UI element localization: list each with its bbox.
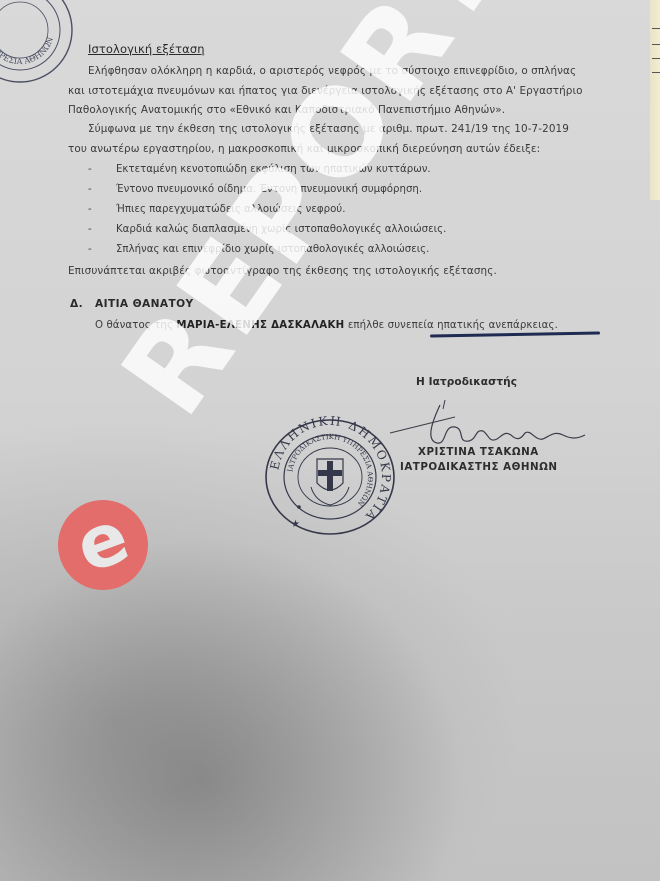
finding-item: -Σπλήνας και επινεφρίδιο χωρίς ιστοπαθολ… bbox=[88, 240, 446, 260]
finding-item: -Εκτεταμένη κενοτοπιώδη εκφύλιση των ηπα… bbox=[88, 160, 446, 180]
section-title-cause-of-death: Δ.ΑΙΤΙΑ ΘΑΝΑΤΟΥ bbox=[70, 298, 194, 310]
svg-text:★: ★ bbox=[291, 519, 300, 530]
findings-list: -Εκτεταμένη κενοτοπιώδη εκφύλιση των ηπα… bbox=[88, 160, 446, 260]
paragraph-line: Ελήφθησαν ολόκληρη η καρδιά, ο αριστερός… bbox=[68, 62, 576, 80]
svg-text:ΥΠΗΡΕΣΙΑ ΑΘΗΝΩΝ: ΥΠΗΡΕΣΙΑ ΑΘΗΝΩΝ bbox=[0, 36, 55, 66]
finding-item: -Καρδιά καλώς διαπλασμένη χωρίς ιστοπαθο… bbox=[88, 220, 446, 240]
document-page: ΥΠΗΡΕΣΙΑ ΑΘΗΝΩΝ Ιστολογική εξέταση Ελήφθ… bbox=[0, 0, 660, 881]
adjacent-page-edge bbox=[650, 0, 660, 200]
pen-underline bbox=[430, 332, 600, 338]
deceased-name: ΜΑΡΙΑ-ΕΛΕΝΗΣ ΔΑΣΚΑΛΑΚΗ bbox=[176, 320, 344, 331]
finding-item: -Ήπιες παρεγχυματώδεις αλλοιώσεις νεφρού… bbox=[88, 200, 446, 220]
signatory-title: ΙΑΤΡΟΔΙΚΑΣΤΗΣ ΑΘΗΝΩΝ bbox=[400, 461, 558, 473]
logo-e-icon: e bbox=[66, 499, 137, 583]
paragraph-line: Παθολογικής Ανατομικής στο «Εθνικό και Κ… bbox=[68, 101, 505, 119]
paragraph-line: του ανωτέρω εργαστηρίου, η μακροσκοπική … bbox=[68, 140, 540, 158]
official-stamp-icon: ΕΛΛΗΝΙΚΗ ΔΗΜΟΚΡΑΤΙΑ ΙΑΤΡΟΔΙΚΑΣΤΙΚΗ ΥΠΗΡΕ… bbox=[255, 415, 405, 535]
publisher-logo: e bbox=[58, 500, 148, 590]
finding-item: -Έντονο πνευμονικό οίδημα. Έντονη πνευμο… bbox=[88, 180, 446, 200]
paragraph-line: Σύμφωνα με την έκθεση της ιστολογικής εξ… bbox=[68, 120, 569, 138]
signatory-role: Η Ιατροδικαστής bbox=[416, 376, 517, 388]
section-heading-histology: Ιστολογική εξέταση bbox=[88, 42, 205, 56]
signatory-name: ΧΡΙΣΤΙΝΑ ΤΣΑΚΩΝΑ bbox=[418, 446, 539, 458]
attachment-note: Επισυνάπτεται ακριβές φωτοαντίγραφο της … bbox=[68, 262, 497, 280]
cause-of-death-statement: Ο θάνατος της ΜΑΡΙΑ-ΕΛΕΝΗΣ ΔΑΣΚΑΛΑΚΗ επή… bbox=[95, 320, 558, 331]
paragraph-line: και ιστοτεμάχια πνευμόνων και ήπατος για… bbox=[68, 82, 583, 100]
